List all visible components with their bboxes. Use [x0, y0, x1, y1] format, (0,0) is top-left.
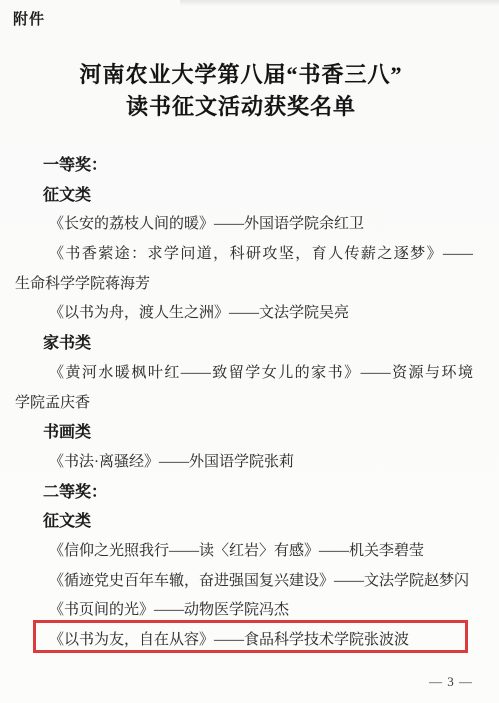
calligraphy-category-heading: 书画类	[15, 418, 473, 448]
document-page: 附件 河南农业大学第八届“书香三八” 读书征文活动获奖名单 一等奖： 征文类 《…	[0, 0, 499, 703]
award-entry-continuation: 学院孟庆香	[15, 389, 473, 419]
second-prize-heading: 二等奖：	[15, 478, 473, 508]
award-entry: 《长安的荔枝人间的暖》——外国语学院余红卫	[15, 210, 473, 240]
highlighted-award-entry: 《以书为友，自在从容》——食品科学技术学院张波波	[15, 626, 473, 656]
page-number: — 3 —	[429, 674, 473, 690]
scan-artifact	[180, 0, 499, 6]
document-title-line-2: 读书征文活动获奖名单	[0, 91, 482, 123]
document-title: 河南农业大学第八届“书香三八” 读书征文活动获奖名单	[0, 59, 482, 123]
first-prize-heading: 一等奖：	[15, 151, 473, 181]
award-entry: 《信仰之光照我行——读〈红岩〉有感》——机关李碧莹	[15, 537, 473, 567]
award-entry: 《书香萦途：求学问道，科研攻坚，育人传薪之逐梦》——	[15, 240, 473, 270]
essay-category-heading: 征文类	[15, 507, 473, 537]
award-entry: 《书法·离骚经》——外国语学院张莉	[15, 448, 473, 478]
attachment-label: 附件	[13, 8, 45, 29]
document-title-line-1: 河南农业大学第八届“书香三八”	[0, 59, 482, 91]
essay-category-heading: 征文类	[15, 181, 473, 211]
award-list: 一等奖： 征文类 《长安的荔枝人间的暖》——外国语学院余红卫 《书香萦途：求学问…	[15, 151, 473, 656]
award-entry: 《以书为舟，渡人生之洲》——文法学院吴亮	[15, 299, 473, 329]
award-entry: 《书页间的光》——动物医学院冯杰	[15, 596, 473, 626]
award-entry: 《循迹党史百年车辙，奋进强国复兴建设》——文法学院赵梦闪	[15, 567, 473, 597]
award-entry-continuation: 生命科学学院蒋海芳	[15, 270, 473, 300]
family-letter-category-heading: 家书类	[15, 329, 473, 359]
award-entry: 《黄河水暖枫叶红——致留学女儿的家书》——资源与环境	[15, 359, 473, 389]
